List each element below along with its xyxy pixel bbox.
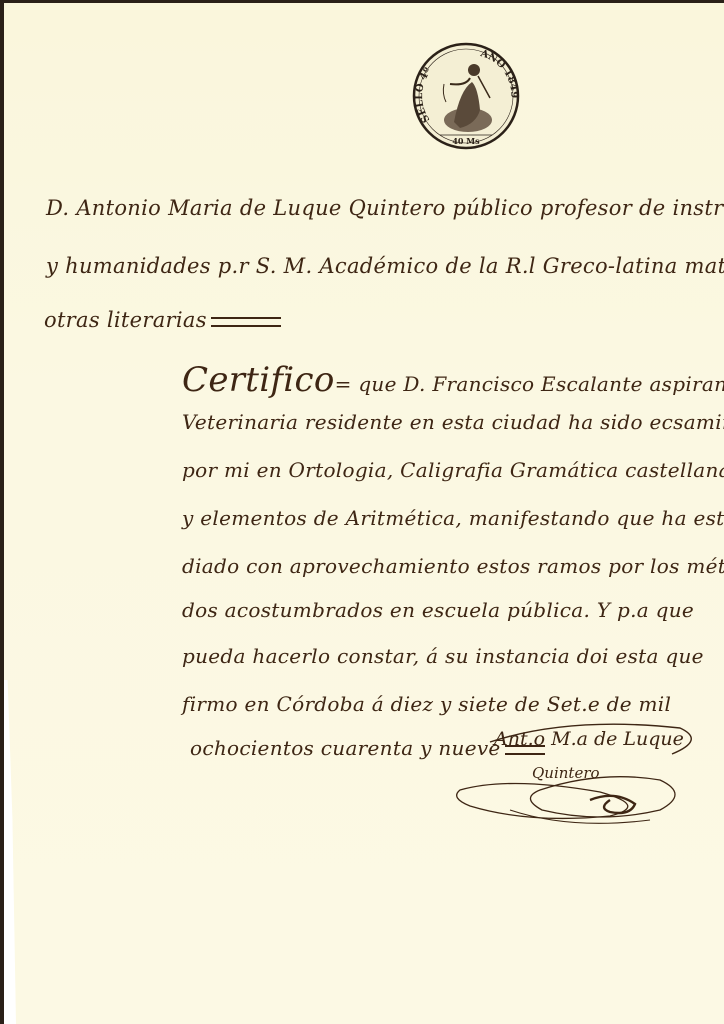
body-line-3: por mi en Ortologia, Caligrafia Gramátic… bbox=[182, 458, 724, 482]
body-line-7: pueda hacerlo constar, á su instancia do… bbox=[182, 644, 704, 668]
signature-name-line-2: Quintero bbox=[532, 764, 600, 782]
signature-name-line-1: Ant.o M.a de Luque bbox=[494, 728, 684, 750]
body-line-1-text: = que D. Francisco Escalante aspirante d… bbox=[335, 372, 724, 396]
heading-line-3-text: otras literarias bbox=[44, 308, 207, 332]
heading-line-3: otras literarias bbox=[44, 308, 281, 332]
svg-text:SELLO 4º: SELLO 4º bbox=[414, 66, 434, 125]
heading-line-2: y humanidades p.r S. M. Académico de la … bbox=[46, 254, 724, 278]
body-line-8: firmo en Córdoba á diez y siete de Set.e… bbox=[182, 692, 671, 716]
stamp-value: 40 Ms bbox=[452, 136, 480, 146]
svg-text:AÑO 1849: AÑO 1849 bbox=[478, 48, 519, 98]
body-line-2: Veterinaria residente en esta ciudad ha … bbox=[182, 410, 724, 434]
signature: Ant.o M.a de Luque Quintero bbox=[450, 720, 700, 840]
certifico-word: Certifico bbox=[182, 360, 335, 400]
heading-line-1: D. Antonio Maria de Luque Quintero públi… bbox=[46, 196, 724, 220]
tax-stamp: SELLO 4º AÑO 1849 40 Ms bbox=[410, 40, 522, 152]
stamp-right-text: AÑO 1849 bbox=[478, 48, 519, 98]
body-line-6: dos acostumbrados en escuela pública. Y … bbox=[182, 598, 694, 622]
stamp-left-text: SELLO 4º bbox=[414, 66, 434, 125]
closing-rule bbox=[211, 317, 281, 327]
body-line-5: diado con aprovechamiento estos ramos po… bbox=[182, 554, 724, 578]
body-line-4: y elementos de Aritmética, manifestando … bbox=[182, 506, 724, 530]
body-line-1: Certifico= que D. Francisco Escalante as… bbox=[182, 360, 724, 400]
